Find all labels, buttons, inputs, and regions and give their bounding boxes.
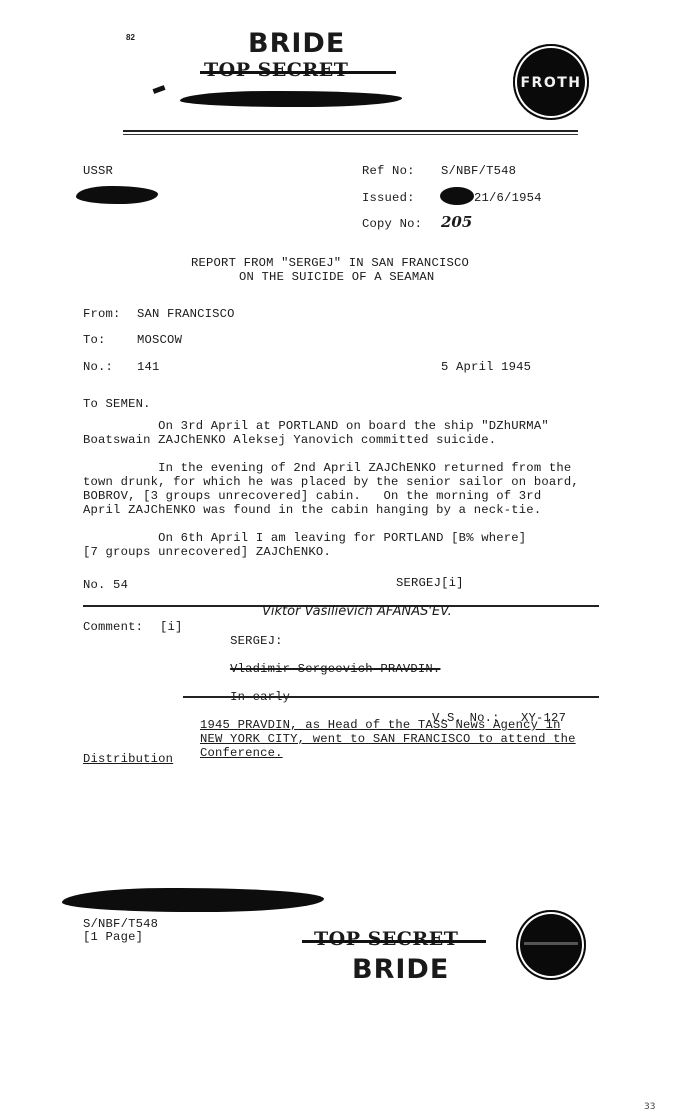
serial-number: No. 54 — [83, 578, 128, 592]
message-date: 5 April 1945 — [441, 360, 531, 374]
issued-value: 21/6/1954 — [474, 191, 542, 205]
classification-text: TOP SECRET — [204, 59, 348, 81]
vs-value: XY-127 — [521, 711, 566, 725]
para1-line2: Boatswain ZAJChENKO Aleksej Yanovich com… — [83, 433, 579, 447]
para2-line4: April ZAJChENKO was found in the cabin h… — [83, 503, 579, 517]
number-value: 141 — [137, 360, 160, 374]
report-title-line1: REPORT FROM "SERGEJ" IN SAN FRANCISCO — [191, 256, 469, 270]
seal-label-faded — [524, 942, 578, 945]
para2-line1: In the evening of 2nd April ZAJChENKO re… — [83, 461, 579, 475]
report-title-line2: ON THE SUICIDE OF A SEAMAN — [239, 270, 434, 284]
struck-line3: NEW YORK CITY, went to SAN FRANCISCO to … — [200, 732, 576, 746]
comment-ref: [i] — [160, 620, 183, 634]
comment-label: Comment: — [83, 620, 143, 634]
from-value: SAN FRANCISCO — [137, 307, 235, 321]
page-number: 82 — [126, 33, 135, 42]
redaction-footer — [62, 888, 324, 912]
strike-line-bottom — [302, 940, 486, 943]
codeword-bottom: BRIDE — [352, 954, 449, 985]
para3-line1: On 6th April I am leaving for PORTLAND [… — [83, 531, 579, 545]
ref-value: S/NBF/T548 — [441, 164, 516, 178]
header-rule-2 — [123, 134, 578, 135]
struck-line4: Conference. — [200, 746, 576, 760]
message-body: On 3rd April at PORTLAND on board the sh… — [83, 419, 579, 559]
froth-seal-top: FROTH — [513, 44, 589, 120]
strike-line — [200, 71, 396, 74]
classification-struck-top: TOP SECRET — [204, 59, 348, 81]
to-label: To: — [83, 333, 106, 347]
classification-text-bottom: TOP SECRET — [314, 928, 458, 950]
codeword-top: BRIDE — [248, 28, 345, 59]
corner-mark: 33 — [644, 1102, 655, 1112]
distribution-heading: Distribution — [83, 752, 173, 766]
header-rule — [123, 130, 578, 132]
number-label: No.: — [83, 360, 113, 374]
comment-text: SERGEJ: Vladimir Sergeevich PRAVDIN. In … — [200, 620, 576, 760]
comment-rule-bottom — [183, 696, 599, 698]
ref-label: Ref No: — [362, 164, 415, 178]
country: USSR — [83, 164, 113, 178]
copy-label: Copy No: — [362, 217, 422, 231]
redaction-country — [76, 186, 158, 204]
footer-pages: [1 Page] — [83, 931, 143, 944]
to-value: MOSCOW — [137, 333, 182, 347]
froth-seal-bottom — [516, 910, 586, 980]
para2-line2: town drunk, for which he was placed by t… — [83, 475, 579, 489]
seal-label: FROTH — [513, 75, 589, 91]
copy-value: 205 — [441, 213, 472, 231]
para2-line3: BOBROV, [3 groups unrecovered] cabin. On… — [83, 489, 579, 503]
from-label: From: — [83, 307, 121, 321]
salutation: To SEMEN. — [83, 397, 151, 411]
redaction-issued — [440, 187, 474, 205]
para1-line1: On 3rd April at PORTLAND on board the sh… — [83, 419, 579, 433]
struck-line2: 1945 PRAVDIN, as Head of the TASS News A… — [200, 718, 576, 732]
comment-prefix: SERGEJ: — [230, 634, 283, 648]
ink-mark — [153, 85, 166, 94]
classification-struck-bottom: TOP SECRET — [314, 928, 458, 950]
para3-line2: [7 groups unrecovered] ZAJChENKO. — [83, 545, 579, 559]
vs-label: V.S. No.: — [432, 711, 500, 725]
struck-name: Vladimir Sergeevich PRAVDIN. — [230, 662, 440, 676]
issued-label: Issued: — [362, 191, 415, 205]
handwritten-correction: Viktor Vasilievich AFANAS'EV. — [262, 604, 452, 619]
redaction-bar — [180, 91, 402, 107]
signature: SERGEJ[i] — [396, 576, 464, 590]
